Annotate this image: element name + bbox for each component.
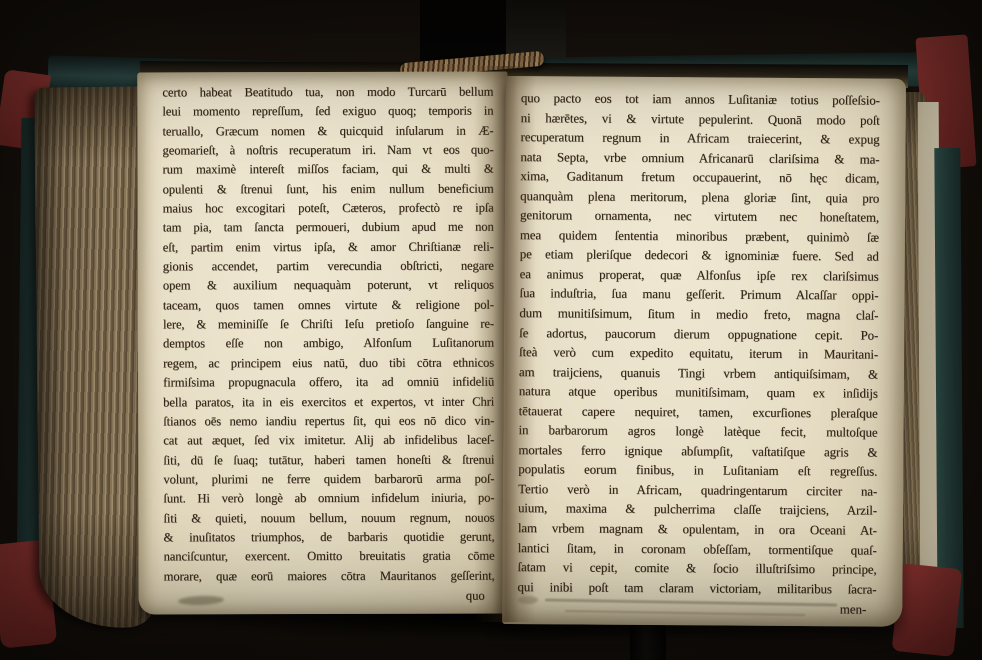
text-line: lantici ſitam, in coronam obſeſſam, torm… [518, 539, 877, 561]
text-line: morare, quæ eorū maiores cōtra Mauritano… [164, 566, 495, 586]
text-line: populatis eorum finibus, in Luſitaniam e… [518, 460, 877, 482]
text-line: tam pia, tam ſancta permoueri, dubium ap… [163, 218, 494, 238]
text-line: Tertio verò in Africam, quadringentarum … [518, 480, 877, 502]
text-line: leui momento repreſſum, ſed exiguo quoq;… [162, 102, 493, 122]
text-line: ſunt. Hi verò longè ab omnium infidelum … [163, 489, 494, 509]
text-line: opem & auxilium nequaquàm poterunt, vt r… [163, 276, 494, 296]
text-line: tētauerat capere nequiret, tamen, excurſ… [519, 402, 878, 424]
left-page-lines: certo habeat Beatitudo tua, non modo Tur… [162, 83, 494, 587]
text-line: ſe adortus, paucorum dierum oppugnatione… [519, 324, 878, 346]
text-line: maius hoc excogitari poteſt, Cæteros, pr… [163, 199, 494, 219]
text-line: recuperatum regnum in Africam traiecerin… [520, 128, 879, 150]
text-line: qui inibi poſt tam claram victoriam, mil… [517, 578, 876, 600]
text-line: mea quidem ſententia minoribus præbent, … [520, 226, 879, 248]
text-line: ſiti & quieti, nouum bellum, nouum regnu… [163, 508, 494, 528]
text-line: cat aut æquet, ſed vix imitetur. Alij ab… [163, 431, 494, 451]
cover-side-right [934, 148, 963, 628]
text-line: & inuſitatos triumphos, de barbaris quot… [163, 527, 494, 547]
text-line: am traijciens, quanuis Tingi vrbem antiq… [519, 363, 878, 385]
right-page: quo pacto eos tot iam annos Luſitaniæ to… [502, 76, 906, 627]
text-line: genitorum ornamenta, nec virtutem nec ho… [520, 206, 879, 228]
right-page-text: quo pacto eos tot iam annos Luſitaniæ to… [517, 89, 880, 620]
text-line: lam vrbem magnam & opulentam, in ora Oce… [518, 519, 877, 541]
text-line: teruallo, Græcum nomen & quicquid inſula… [162, 121, 493, 141]
text-line: rum maximè intereſt miſſos faciam, qui &… [163, 160, 494, 180]
fore-edge-left-pages [34, 86, 153, 628]
text-line: dum munitiſsimum, ſitum in medio freto, … [519, 304, 878, 326]
text-line: ſtianos oēs nemo iandiu repertus ſit, qu… [163, 411, 494, 431]
text-line: opulenti & ſtrenui ſunt, his enim nullum… [163, 179, 494, 199]
book-cradle-post [630, 622, 666, 660]
right-page-lines: quo pacto eos tot iam annos Luſitaniæ to… [517, 89, 880, 600]
text-line: ea animus properat, quæ Alfonſus ipſe re… [520, 265, 879, 287]
left-page-text: certo habeat Beatitudo tua, non modo Tur… [162, 83, 494, 607]
left-page: certo habeat Beatitudo tua, non modo Tur… [137, 72, 508, 615]
text-line: ni hærētes, vi & virtute pepulerint. Quo… [521, 109, 880, 131]
text-line: natura atque operibus munitiſsimam, quam… [519, 382, 878, 404]
text-line: ſatam vi cepit, comite & ſocio illuſtriſ… [517, 558, 876, 580]
text-line: pe etiam pleriſque dedecori & ignominiæ … [520, 245, 879, 267]
text-line: xima, Gaditanum fretum occupauerint, nō … [520, 167, 879, 189]
text-line: geomarieſt, à noſtris recuperatum iri. N… [162, 141, 493, 161]
text-line: nata Septa, vrbe omnium Africanarū clari… [520, 148, 879, 170]
text-line: quo pacto eos tot iam annos Luſitaniæ to… [521, 89, 880, 111]
text-line: in barbarorum agros longè latèque fecit,… [518, 421, 877, 443]
text-line: demptos eſſe non ambigo, Alfonſum Luſita… [163, 334, 494, 354]
book-photograph: certo habeat Beatitudo tua, non modo Tur… [0, 0, 982, 660]
text-line: volunt, plurimi ne ferre quidem barbaror… [163, 469, 494, 489]
text-line: eſt, partim enim virtus ipſa, & amor Chr… [163, 237, 494, 257]
text-line: bella paratos, ita in eis exercitos et e… [163, 392, 494, 412]
text-line: mortales ferro ignique abſumpſit, vaſtat… [518, 441, 877, 463]
text-line: gionis accendet, partim verecundia obſtr… [163, 257, 494, 277]
text-line: ſteà verò cum expedito equitatu, iterum … [519, 343, 878, 365]
text-line: uium, maxima & pulcherrima claſſe traijc… [518, 500, 877, 522]
text-line: ſua induſtria, ſua manu geſſerit. Primum… [519, 285, 878, 307]
text-line: nanciſcuntur, exercent. Omitto breuitati… [164, 547, 495, 567]
text-line: taceam, quos tamen omnes virtute & relig… [163, 295, 494, 315]
text-line: lere, & meminiſſe ſe Chriſti Ieſu pretio… [163, 315, 494, 335]
text-line: ſiti, dū ſe ſuaq; tutātur, haberi tamen … [163, 450, 494, 470]
text-line: regem, ac principem eius natū, duo tibi … [163, 353, 494, 373]
text-line: certo habeat Beatitudo tua, non modo Tur… [162, 83, 493, 103]
text-line: quanquàm plena meritorum, plena gloriæ ſ… [520, 187, 879, 209]
ink-smudge-right-bottom [518, 596, 538, 604]
text-line: firmiſsima propugnacula offero, ita ad o… [163, 373, 494, 393]
